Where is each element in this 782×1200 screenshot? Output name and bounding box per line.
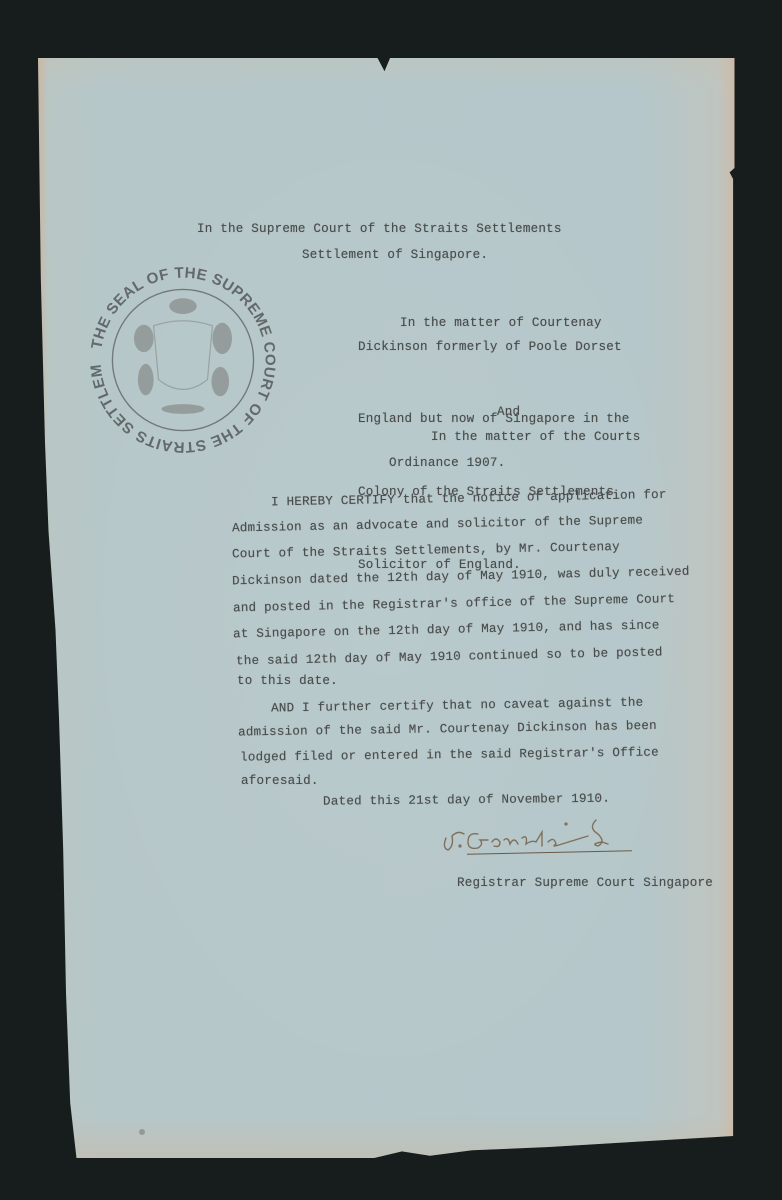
dated-text: Dated this 21st day of November 1910. bbox=[323, 792, 610, 809]
second-matter-text: Ordinance 1907. bbox=[389, 456, 505, 470]
court-seal-icon: THE SEAL OF THE SUPREME COURT OF THE STR… bbox=[85, 262, 281, 458]
registrar-title-text: Registrar Supreme Court Singapore bbox=[457, 876, 713, 890]
registrar-signature bbox=[438, 816, 638, 862]
court-heading-line-2: Settlement of Singapore. bbox=[302, 248, 488, 262]
registrar-title: Registrar Supreme Court Singapore bbox=[426, 862, 713, 904]
matter-line: Dickinson formerly of Poole Dorset bbox=[358, 335, 630, 359]
scan-background: In the Supreme Court of the Straits Sett… bbox=[0, 0, 782, 1200]
svg-text:THE SEAL OF THE SUPREME COURT: THE SEAL OF THE SUPREME COURT OF THE STR… bbox=[85, 262, 278, 455]
paper-stain bbox=[139, 1129, 145, 1135]
